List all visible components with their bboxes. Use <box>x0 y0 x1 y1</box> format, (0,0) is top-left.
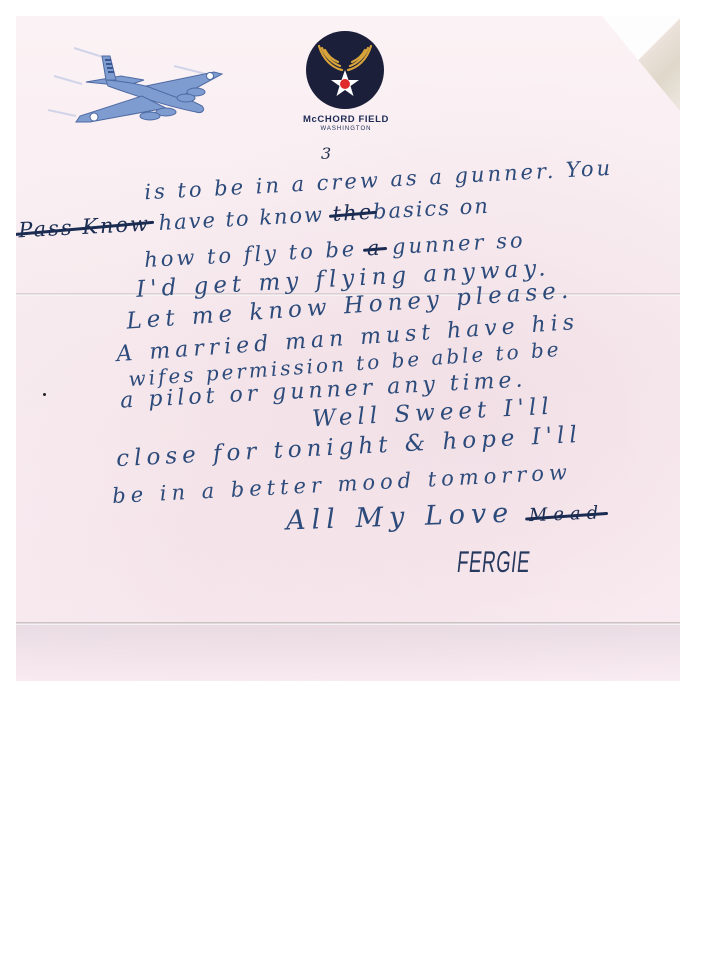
letterhead-title: McCHORD FIELD <box>266 114 426 125</box>
signature: FERGIE <box>455 546 532 580</box>
struck-text: Pass Know <box>18 211 151 242</box>
letter-line: All My Love Mead <box>286 494 605 536</box>
ink-dot <box>43 393 46 396</box>
struck-text: Mead <box>529 502 605 526</box>
struck-text: a <box>366 236 383 261</box>
letter-text: basics on <box>372 194 490 224</box>
letter-text: gunner so <box>391 228 526 259</box>
letter-text: have to know <box>158 202 325 235</box>
letter-page: McCHORD FIELD WASHINGTON 3 is to be in a… <box>16 16 680 681</box>
letter-text: All My Love <box>286 498 515 537</box>
letter-line: is to be in a crew as a gunner. You <box>144 156 614 205</box>
paper-fold-shade <box>16 625 680 681</box>
folded-corner <box>602 16 680 111</box>
letterhead-subtitle: WASHINGTON <box>266 126 426 132</box>
army-air-forces-wings-star-icon <box>305 30 385 110</box>
page-number: 3 <box>321 144 331 163</box>
struck-text: the <box>332 200 374 226</box>
b17-bomber-plane-icon <box>46 36 236 136</box>
